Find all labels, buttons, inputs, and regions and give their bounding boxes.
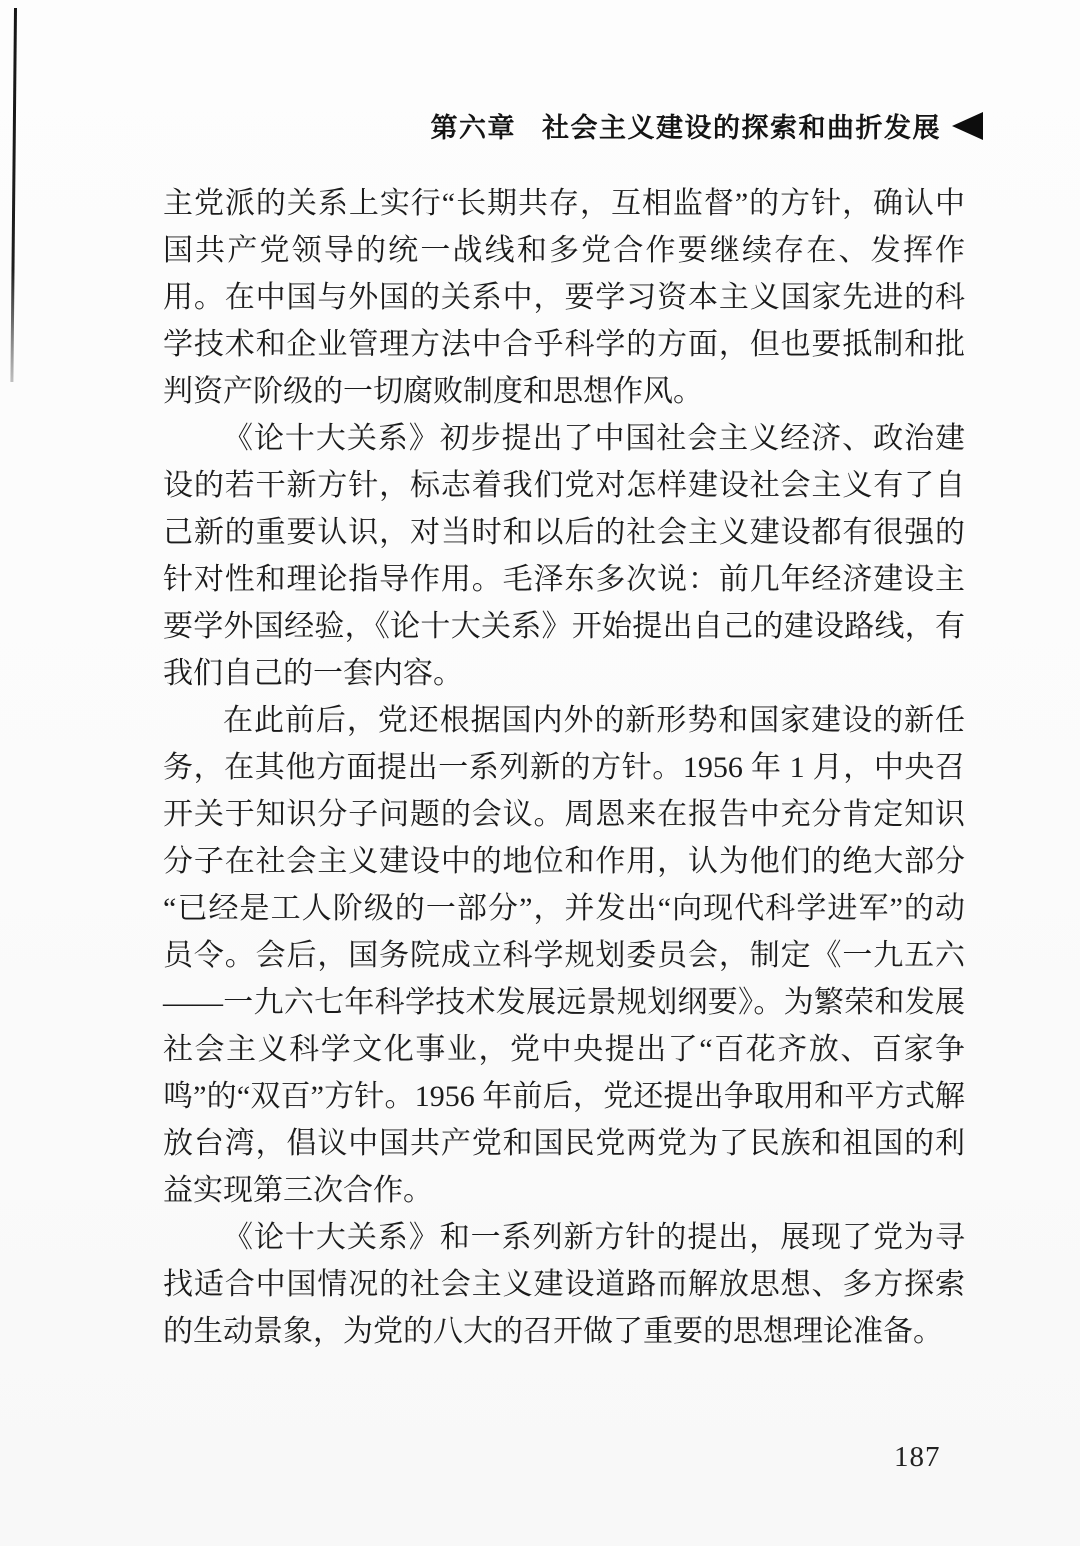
binding-edge-line — [10, 8, 17, 382]
page-number: 187 — [894, 1441, 941, 1474]
paragraph: 《论十大关系》和一系列新方针的提出，展现了党为寻找适合中国情况的社会主义建设道路… — [163, 1214, 965, 1355]
chapter-label: 第六章 — [431, 106, 517, 145]
paragraph: 在此前后，党还根据国内外的新形势和国家建设的新任务，在其他方面提出一系列新的方针… — [163, 697, 965, 1214]
chapter-title: 社会主义建设的探索和曲折发展 — [542, 106, 941, 145]
book-page: 第六章 社会主义建设的探索和曲折发展 主党派的关系上实行“长期共存，互相监督”的… — [0, 0, 1080, 1546]
left-triangle-icon — [952, 112, 983, 140]
paragraph: 《论十大关系》初步提出了中国社会主义经济、政治建设的若干新方针，标志着我们党对怎… — [163, 415, 965, 697]
body-text: 主党派的关系上实行“长期共存，互相监督”的方针，确认中国共产党领导的统一战线和多… — [163, 180, 965, 1355]
running-header: 第六章 社会主义建设的探索和曲折发展 — [431, 106, 984, 145]
paragraph: 主党派的关系上实行“长期共存，互相监督”的方针，确认中国共产党领导的统一战线和多… — [163, 180, 965, 415]
